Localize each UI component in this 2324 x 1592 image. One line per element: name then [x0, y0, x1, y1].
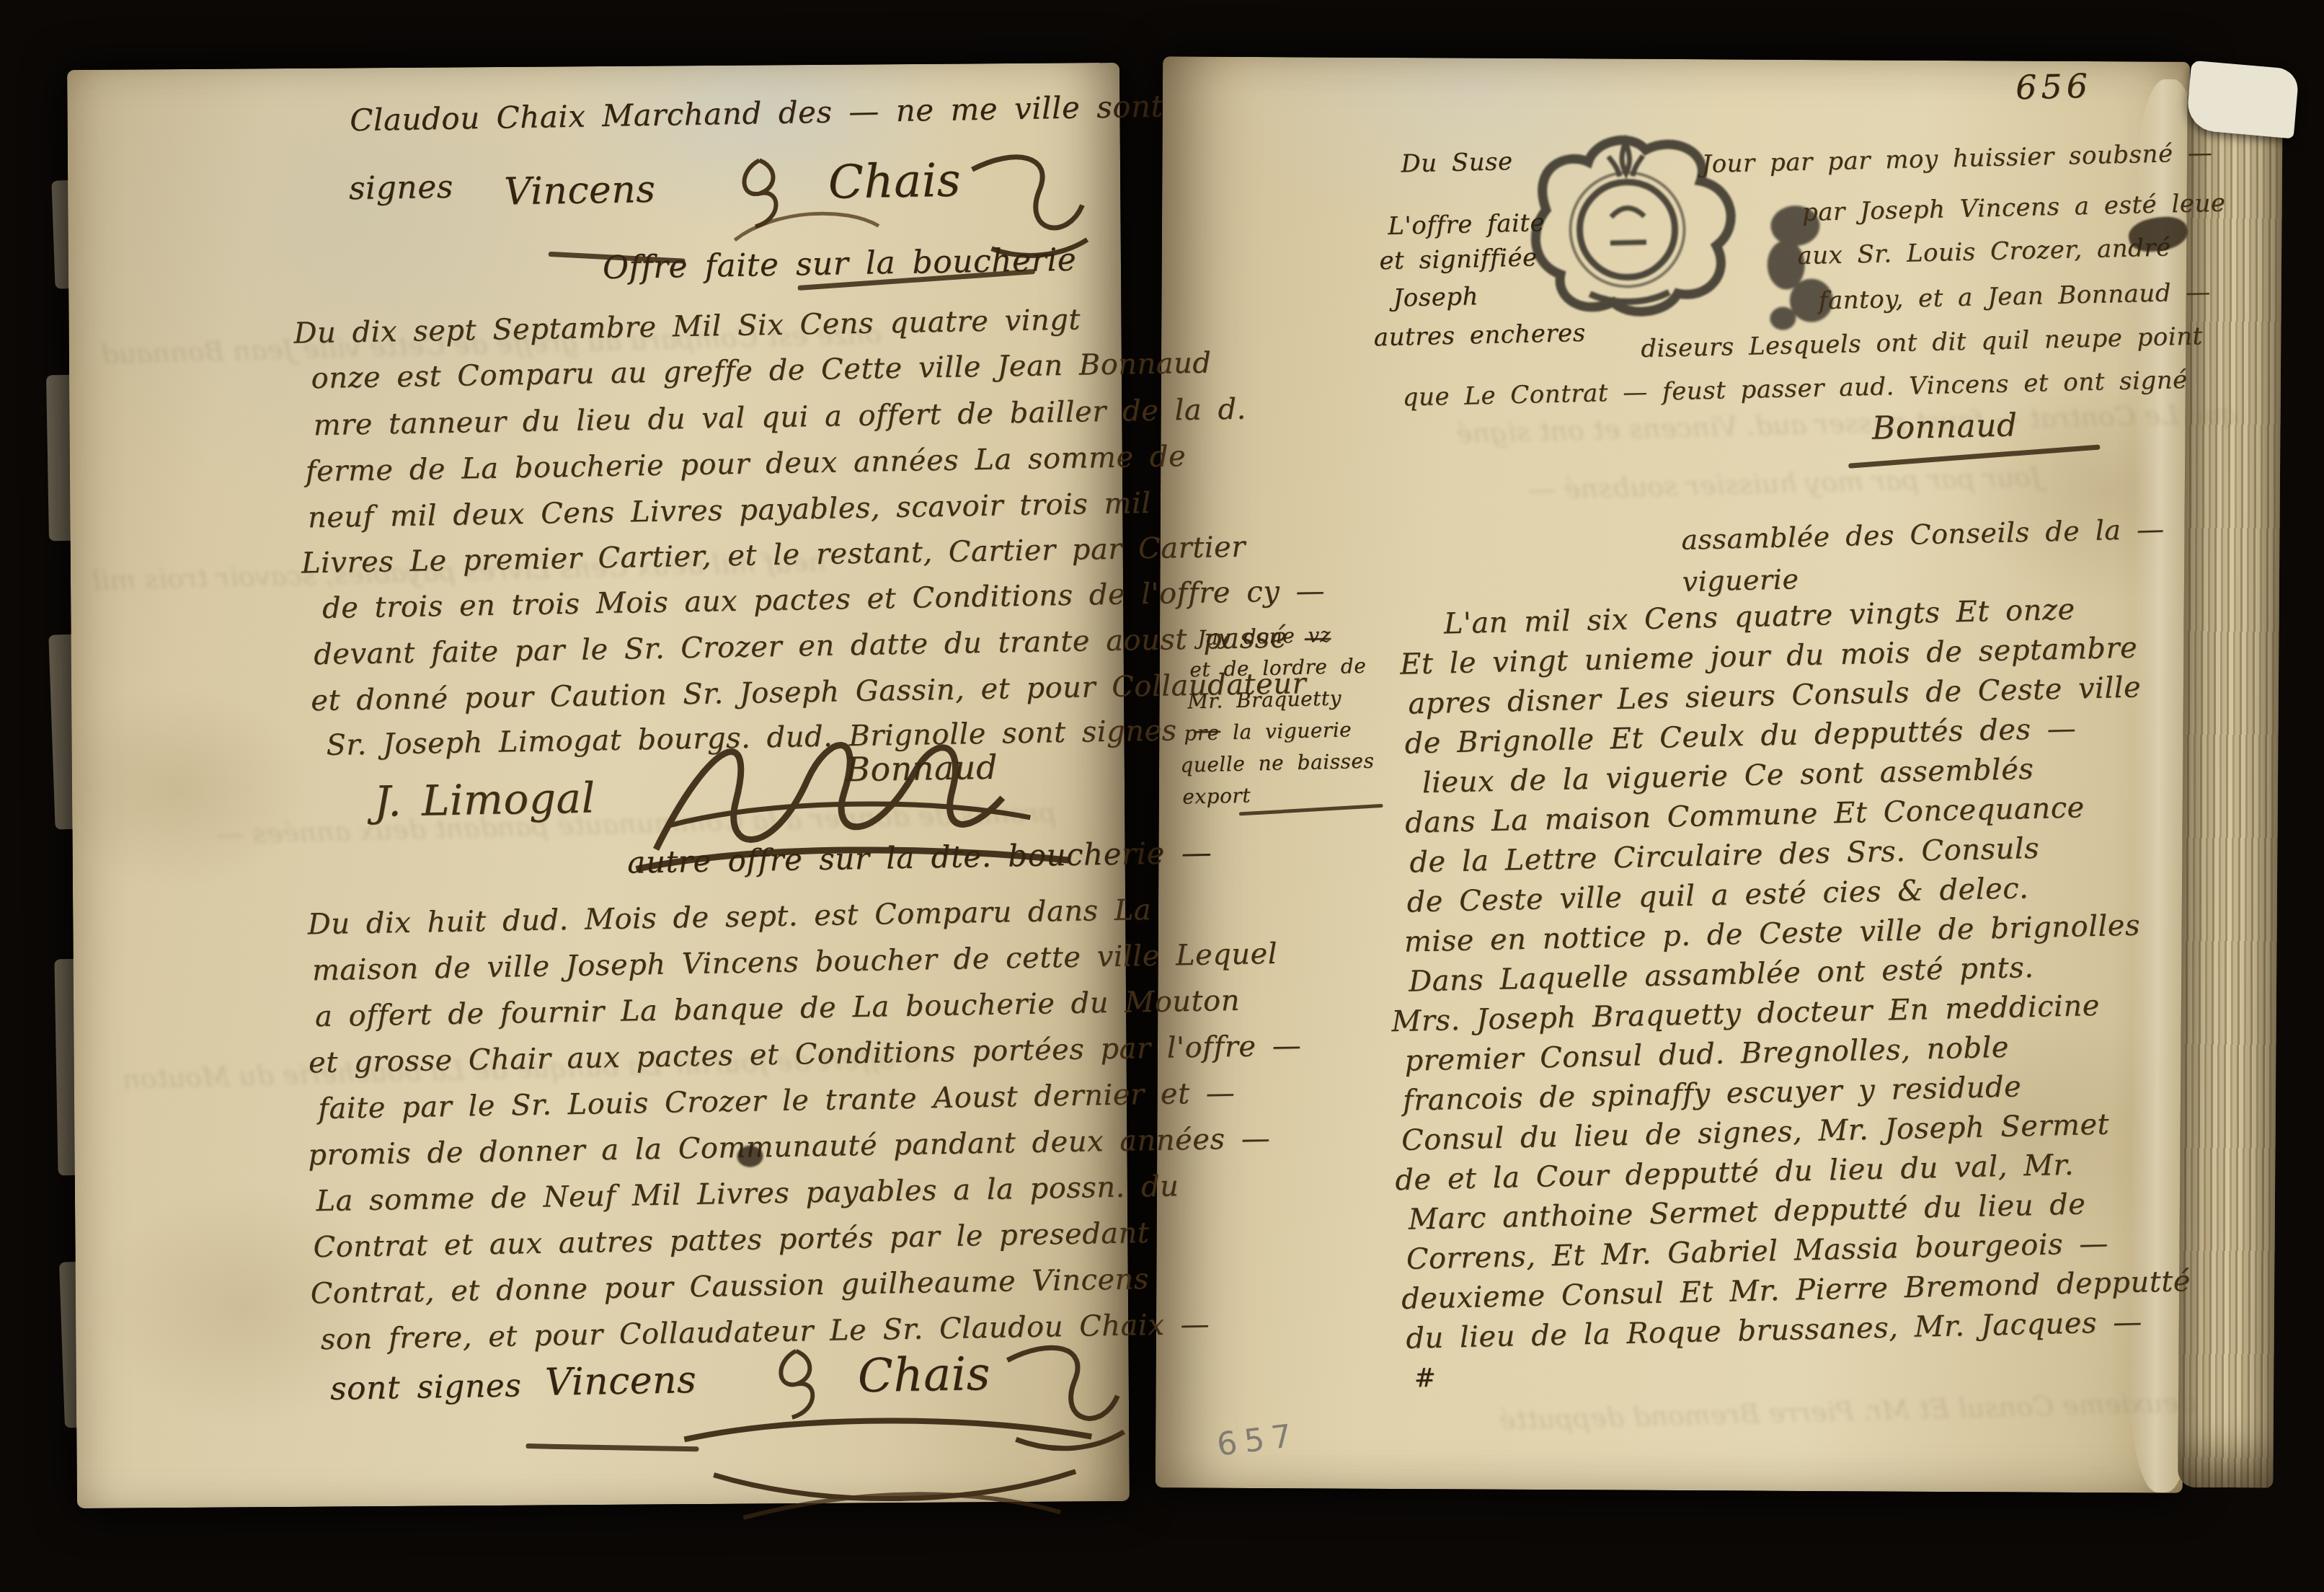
closing-line: sont signes — [330, 1367, 522, 1407]
folio-page-number: 656 — [2015, 66, 2093, 107]
manuscript-scan: onze est Comparu au greffe de Cette vill… — [0, 0, 2324, 1592]
folio-header-line: signes — [349, 169, 454, 208]
signature-limogal: J. Limogal — [373, 773, 595, 826]
signature-underflourish-icon — [670, 1402, 1112, 1539]
margin-note-line: export — [1182, 784, 1251, 809]
signature-vincens: Vincens — [504, 168, 656, 214]
margin-note-line: Mr. Braquetty — [1187, 686, 1341, 714]
signature-vincens: Vincens — [544, 1358, 696, 1405]
title-swash-icon — [732, 204, 884, 247]
page-corner-sliver — [2186, 61, 2299, 139]
end-mark: # — [1414, 1363, 1437, 1394]
margin-note-line: et de lordre de — [1189, 654, 1367, 682]
signature-chais: Chais — [828, 154, 961, 209]
margin-note-line: quelle ne baisses — [1180, 749, 1375, 777]
margin-note-line: pre la viguerie — [1184, 717, 1352, 745]
margin-header-line: Du Suse — [1401, 147, 1513, 179]
signature-bonnaud: Bonnaud — [1871, 407, 2018, 447]
signature-chais: Chais — [857, 1348, 990, 1403]
margin-note-line: Jay done vz — [1197, 623, 1331, 650]
assembly-title-line: viguerie — [1682, 563, 1799, 598]
margin-header-line: Joseph — [1393, 282, 1478, 313]
